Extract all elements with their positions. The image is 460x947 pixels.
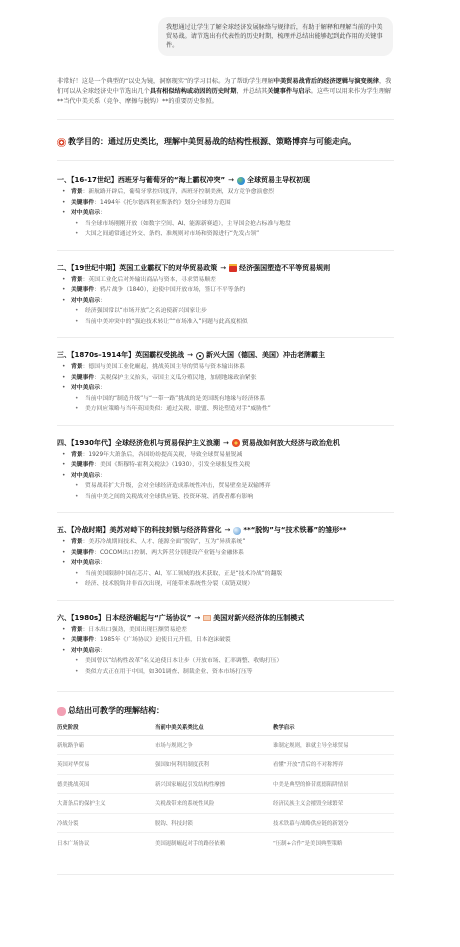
table-row: 英国对华贸易 强国如何利用制度获利 看懂“开放”背后的不对称博弈	[57, 755, 394, 775]
label: 关键事件	[71, 287, 94, 293]
summary-title-text: 总结出可教学的理解结构：	[68, 705, 164, 717]
section-subtitle: 新兴大国（德国、美国）冲击老牌霸主	[206, 350, 325, 361]
table-cell: 看懂“开放”背后的不对称博弈	[273, 755, 394, 775]
label: 关键事件	[71, 550, 94, 556]
background-item: 背景：日本出口强劲，美国出现巨额贸易逆差	[57, 625, 394, 636]
label: 关键事件	[71, 637, 94, 643]
insight-point: 经济、技术脱钩并非首次出现，可能带来系统性分裂（双链双规）	[71, 579, 394, 590]
insight-point: 当前中国的“制造升级”与“一带一路”挑战的是美国既有地缘与经济体系	[71, 394, 394, 405]
divider	[57, 160, 394, 161]
value: ：COCOM出口控制、两大阵营分别建设产业链与金融体系	[94, 550, 244, 556]
background-item: 背景：1929年大萧条后，各国纷纷提高关税，导致全球贸易量锐减	[57, 450, 394, 461]
label: 关键事件	[71, 462, 94, 468]
table-cell: 经济民族主义会摧毁全球繁荣	[273, 794, 394, 814]
divider	[57, 250, 394, 251]
table-row: 大萧条后的保护主义 关税战带来的系统性风险 经济民族主义会摧毁全球繁荣	[57, 794, 394, 814]
target-icon	[57, 138, 66, 147]
teaching-goal: 教学目的：通过历史类比，理解中美贸易战的结构性根源、策略博弈与可能走向。	[57, 136, 394, 148]
arrow-icon: →	[194, 613, 200, 624]
red-envelope-icon	[229, 264, 237, 272]
section-title: 一、【16-17世纪】西班牙与葡萄牙的“海上霸权冲突”→ 全球贸易主导权初现	[57, 175, 394, 186]
arrow-icon: →	[223, 438, 229, 449]
user-message-text: 我想通过让学生了解全球经济发展脉络与规律后，有助于解释和理解当前的中美贸易战。请…	[166, 24, 383, 49]
key-event-item: 关键事件：美国《斯穆特-霍利关税法》（1930），引发全球报复性关税	[57, 460, 394, 471]
section-subtitle: 贸易战如何放大经济与政治危机	[242, 438, 340, 449]
section-title-text: 四、【1930年代】全球经济危机与贸易保护主义浪潮	[57, 438, 220, 449]
label: 关键事件	[71, 200, 94, 206]
intro-bold: 具有相似结构或动因的历史时期	[150, 88, 237, 95]
insight-point: 贸易战若扩大升级，会对全球经济造成系统性冲击，贸易壁垒是双输博弈	[71, 481, 394, 492]
label: 对中美启示	[71, 648, 100, 654]
insight-point: 当全球市场刚刚开放（如数字空间、AI、能源新赛道），主导国会抢占标准与地盘	[71, 219, 394, 230]
table-cell: 大萧条后的保护主义	[57, 794, 155, 814]
table-cell: 脱钩、科技封锁	[155, 813, 273, 833]
section-title: 五、【冷战时期】美苏对峙下的科技封锁与经济阵营化→ **“脱钩”与“技术铁幕”的…	[57, 525, 394, 536]
key-event-item: 关键事件：COCOM出口控制、两大阵营分别建设产业链与金融体系	[57, 548, 394, 559]
value: ：日本出口强劲，美国出现巨额贸易逆差	[83, 627, 187, 633]
table-cell: 英国对华贸易	[57, 755, 155, 775]
intro-text: ，并总结其	[236, 88, 267, 95]
target-circle-icon	[196, 352, 204, 360]
table-header-row: 历史阶段 当前中美关系类比点 教学启示	[57, 720, 394, 735]
explosion-icon	[232, 439, 240, 447]
label: 背景	[71, 189, 83, 195]
intro-bold: 关键事件与启示	[267, 88, 310, 95]
label: 对中美启示	[71, 210, 100, 216]
section-subtitle: 全球贸易主导权初现	[247, 175, 310, 186]
divider	[57, 600, 394, 601]
section-title-text: 五、【冷战时期】美苏对峙下的科技封锁与经济阵营化	[57, 525, 222, 536]
label: 背景	[71, 539, 83, 545]
insight-point: 类似方式正在用于中国，如301调查、制裁企业、资本市场打压等	[71, 667, 394, 678]
insight-item: 对中美启示： 贸易战若扩大升级，会对全球经济造成系统性冲击，贸易壁垒是双输博弈 …	[57, 471, 394, 503]
divider	[57, 425, 394, 426]
section-2: 二、【19世纪中期】英国工业霸权下的对华贸易政策→ 经济强国塑造不平等贸易规则 …	[57, 263, 394, 328]
table-cell: 谁制定规则，谁就主导全球贸易	[273, 735, 394, 755]
key-event-item: 关键事件：1985年《广场协议》迫使日元升值，日本泡沫破裂	[57, 635, 394, 646]
label: 背景	[71, 627, 83, 633]
summary-table: 历史阶段 当前中美关系类比点 教学启示 新航路争霸 市场与规则之争 谁制定规则，…	[57, 720, 394, 852]
section-6: 六、【1980s】日本经济崛起与“广场协议”→ 美国对新兴经济体的压制模式 背景…	[57, 613, 394, 678]
arrow-icon: →	[220, 263, 226, 274]
insight-point: 当前中美冲突中的“强迫技术转让”“市场准入”问题与此高度相似	[71, 317, 394, 328]
assistant-answer: 非常好！这是一个典型的“以史为镜，洞察现实”的学习目标。为了帮助学生理解中美贸易…	[57, 77, 394, 875]
table-row: 日本广场协议 美国遏制崛起对手的路径依赖 “压制+合作”是美国典型策略	[57, 833, 394, 853]
background-item: 背景：美苏冷战期间技术、人才、能源全面“脱钩”，互为“异质系统”	[57, 537, 394, 548]
section-subtitle: **“脱钩”与“技术铁幕”的雏形**	[243, 525, 346, 536]
section-1: 一、【16-17世纪】西班牙与葡萄牙的“海上霸权冲突”→ 全球贸易主导权初现 背…	[57, 175, 394, 240]
background-item: 背景：新航路开辟后，葡萄牙掌控印度洋，西班牙控制美洲，双方竞争愈演愈烈	[57, 187, 394, 198]
table-cell: 新航路争霸	[57, 735, 155, 755]
value: ：鸦片战争（1840），迫使中国开放市场，签订不平等条约	[94, 287, 245, 293]
value: ：1494年《托尔德西利亚斯条约》划分全球势力范围	[94, 200, 231, 206]
user-message-bubble: 我想通过让学生了解全球经济发展脉络与规律后，有助于解释和理解当前的中美贸易战。请…	[158, 17, 393, 56]
section-title: 三、【1870s–1914年】英国霸权受挑战→ 新兴大国（德国、美国）冲击老牌霸…	[57, 350, 394, 361]
insight-point: 大国之间通常通过外交、条约、准规则对市场和资源进行“先发占领”	[71, 229, 394, 240]
divider	[57, 874, 394, 875]
section-4: 四、【1930年代】全球经济危机与贸易保护主义浪潮→ 贸易战如何放大经济与政治危…	[57, 438, 394, 503]
label: 关键事件	[71, 375, 94, 381]
key-event-item: 关键事件：关税保护主义抬头，帝国主义瓜分殖民地，加剧地缘政治紧张	[57, 373, 394, 384]
divider	[57, 119, 394, 120]
section-title: 四、【1930年代】全球经济危机与贸易保护主义浪潮→ 贸易战如何放大经济与政治危…	[57, 438, 394, 449]
insight-point: 美方回应策略与当年英国类似：通过关税、联盟、舆论塑造对手“威胁性”	[71, 404, 394, 415]
value: ：1929年大萧条后，各国纷纷提高关税，导致全球贸易量锐减	[83, 452, 243, 458]
divider	[57, 691, 394, 692]
value: ：1985年《广场协议》迫使日元升值，日本泡沫破裂	[94, 637, 231, 643]
insight-item: 对中美启示： 当前中国的“制造升级”与“一带一路”挑战的是美国既有地缘与经济体系…	[57, 383, 394, 415]
column-header: 当前中美关系类比点	[155, 720, 273, 735]
divider	[57, 337, 394, 338]
insight-point: 当前美国限制中国在芯片、AI、军工领域的技术获取，正是“技术冷战”的翻版	[71, 569, 394, 580]
section-title: 六、【1980s】日本经济崛起与“广场协议”→ 美国对新兴经济体的压制模式	[57, 613, 394, 624]
summary-title: 总结出可教学的理解结构：	[57, 705, 394, 717]
value: ：关税保护主义抬头，帝国主义瓜分殖民地，加剧地缘政治紧张	[94, 375, 256, 381]
intro-bold: 中美贸易战背后的经济逻辑与演变规律	[274, 78, 379, 85]
section-title-text: 一、【16-17世纪】西班牙与葡萄牙的“海上霸权冲突”	[57, 175, 225, 186]
insight-point: 美国曾以“结构性改革”名义迫使日本让步（开放市场、汇率调整、收购打压）	[71, 656, 394, 667]
label: 背景	[71, 277, 83, 283]
intro-paragraph: 非常好！这是一个典型的“以史为镜，洞察现实”的学习目标。为了帮助学生理解中美贸易…	[57, 77, 394, 107]
globe-icon	[237, 177, 245, 185]
arrow-icon: →	[225, 525, 231, 536]
column-header: 历史阶段	[57, 720, 155, 735]
insight-item: 对中美启示： 当前美国限制中国在芯片、AI、军工领域的技术获取，正是“技术冷战”…	[57, 558, 394, 590]
goal-text: 教学目的：通过历史类比，理解中美贸易战的结构性根源、策略博弈与可能走向。	[68, 136, 356, 148]
arrow-icon: →	[187, 350, 193, 361]
background-item: 背景：德国与美国工业化崛起，挑战英国主导的贸易与资本输出体系	[57, 362, 394, 373]
table-cell: 美国遏制崛起对手的路径依赖	[155, 833, 273, 853]
section-3: 三、【1870s–1914年】英国霸权受挑战→ 新兴大国（德国、美国）冲击老牌霸…	[57, 350, 394, 415]
table-row: 德美挑战英国 新兴国家崛起引发结构性摩擦 中美是典型的修昔底德陷阱情景	[57, 774, 394, 794]
table-cell: 市场与规则之争	[155, 735, 273, 755]
section-title-text: 六、【1980s】日本经济崛起与“广场协议”	[57, 613, 191, 624]
table-cell: “压制+合作”是美国典型策略	[273, 833, 394, 853]
summary-section: 总结出可教学的理解结构： 历史阶段 当前中美关系类比点 教学启示 新航路争霸 市…	[57, 705, 394, 852]
label: 对中美启示	[71, 298, 100, 304]
label: 对中美启示	[71, 385, 100, 391]
value: ：德国与美国工业化崛起，挑战英国主导的贸易与资本输出体系	[83, 364, 245, 370]
section-5: 五、【冷战时期】美苏对峙下的科技封锁与经济阵营化→ **“脱钩”与“技术铁幕”的…	[57, 525, 394, 590]
value: ：英国工业化后对外输出商品与资本，寻求贸易顺差	[83, 277, 216, 283]
table-cell: 德美挑战英国	[57, 774, 155, 794]
flag-icon	[203, 615, 211, 621]
label: 背景	[71, 364, 83, 370]
divider	[57, 512, 394, 513]
table-cell: 新兴国家崛起引发结构性摩擦	[155, 774, 273, 794]
insight-item: 对中美启示： 美国曾以“结构性改革”名义迫使日本让步（开放市场、汇率调整、收购打…	[57, 646, 394, 678]
background-item: 背景：英国工业化后对外输出商品与资本，寻求贸易顺差	[57, 275, 394, 286]
insight-point: 经济强国常以“市场开放”之名迫使新兴国家让步	[71, 306, 394, 317]
arrow-icon: →	[228, 175, 234, 186]
label: 背景	[71, 452, 83, 458]
key-event-item: 关键事件：1494年《托尔德西利亚斯条约》划分全球势力范围	[57, 198, 394, 209]
label: 对中美启示	[71, 560, 100, 566]
section-title-text: 二、【19世纪中期】英国工业霸权下的对华贸易政策	[57, 263, 217, 274]
table-row: 冷战分裂 脱钩、科技封锁 技术铁幕与战略供应链的新划分	[57, 813, 394, 833]
key-event-item: 关键事件：鸦片战争（1840），迫使中国开放市场，签订不平等条约	[57, 285, 394, 296]
table-cell: 强国如何利用制度获利	[155, 755, 273, 775]
table-row: 新航路争霸 市场与规则之争 谁制定规则，谁就主导全球贸易	[57, 735, 394, 755]
table-cell: 日本广场协议	[57, 833, 155, 853]
section-title-text: 三、【1870s–1914年】英国霸权受挑战	[57, 350, 184, 361]
column-header: 教学启示	[273, 720, 394, 735]
insight-item: 对中美启示： 当全球市场刚刚开放（如数字空间、AI、能源新赛道），主导国会抢占标…	[57, 208, 394, 240]
bubble-icon	[233, 527, 241, 535]
insight-item: 对中美启示： 经济强国常以“市场开放”之名迫使新兴国家让步 当前中美冲突中的“强…	[57, 296, 394, 328]
value: ：美苏冷战期间技术、人才、能源全面“脱钩”，互为“异质系统”	[83, 539, 246, 545]
intro-text: 非常好！这是一个典型的“以史为镜，洞察现实”的学习目标。为了帮助学生理解	[57, 78, 274, 85]
value: ：新航路开辟后，葡萄牙掌控印度洋，西班牙控制美洲，双方竞争愈演愈烈	[83, 189, 274, 195]
section-title: 二、【19世纪中期】英国工业霸权下的对华贸易政策→ 经济强国塑造不平等贸易规则	[57, 263, 394, 274]
section-subtitle: 经济强国塑造不平等贸易规则	[239, 263, 330, 274]
section-subtitle: 美国对新兴经济体的压制模式	[213, 613, 304, 624]
label: 对中美启示	[71, 473, 100, 479]
table-cell: 关税战带来的系统性风险	[155, 794, 273, 814]
table-cell: 技术铁幕与战略供应链的新划分	[273, 813, 394, 833]
insight-point: 当前中美之间的关税战对全球供应链、投资环境、消费者都有影响	[71, 492, 394, 503]
table-cell: 中美是典型的修昔底德陷阱情景	[273, 774, 394, 794]
brain-icon	[57, 707, 66, 716]
value: ：美国《斯穆特-霍利关税法》（1930），引发全球报复性关税	[94, 462, 250, 468]
table-cell: 冷战分裂	[57, 813, 155, 833]
